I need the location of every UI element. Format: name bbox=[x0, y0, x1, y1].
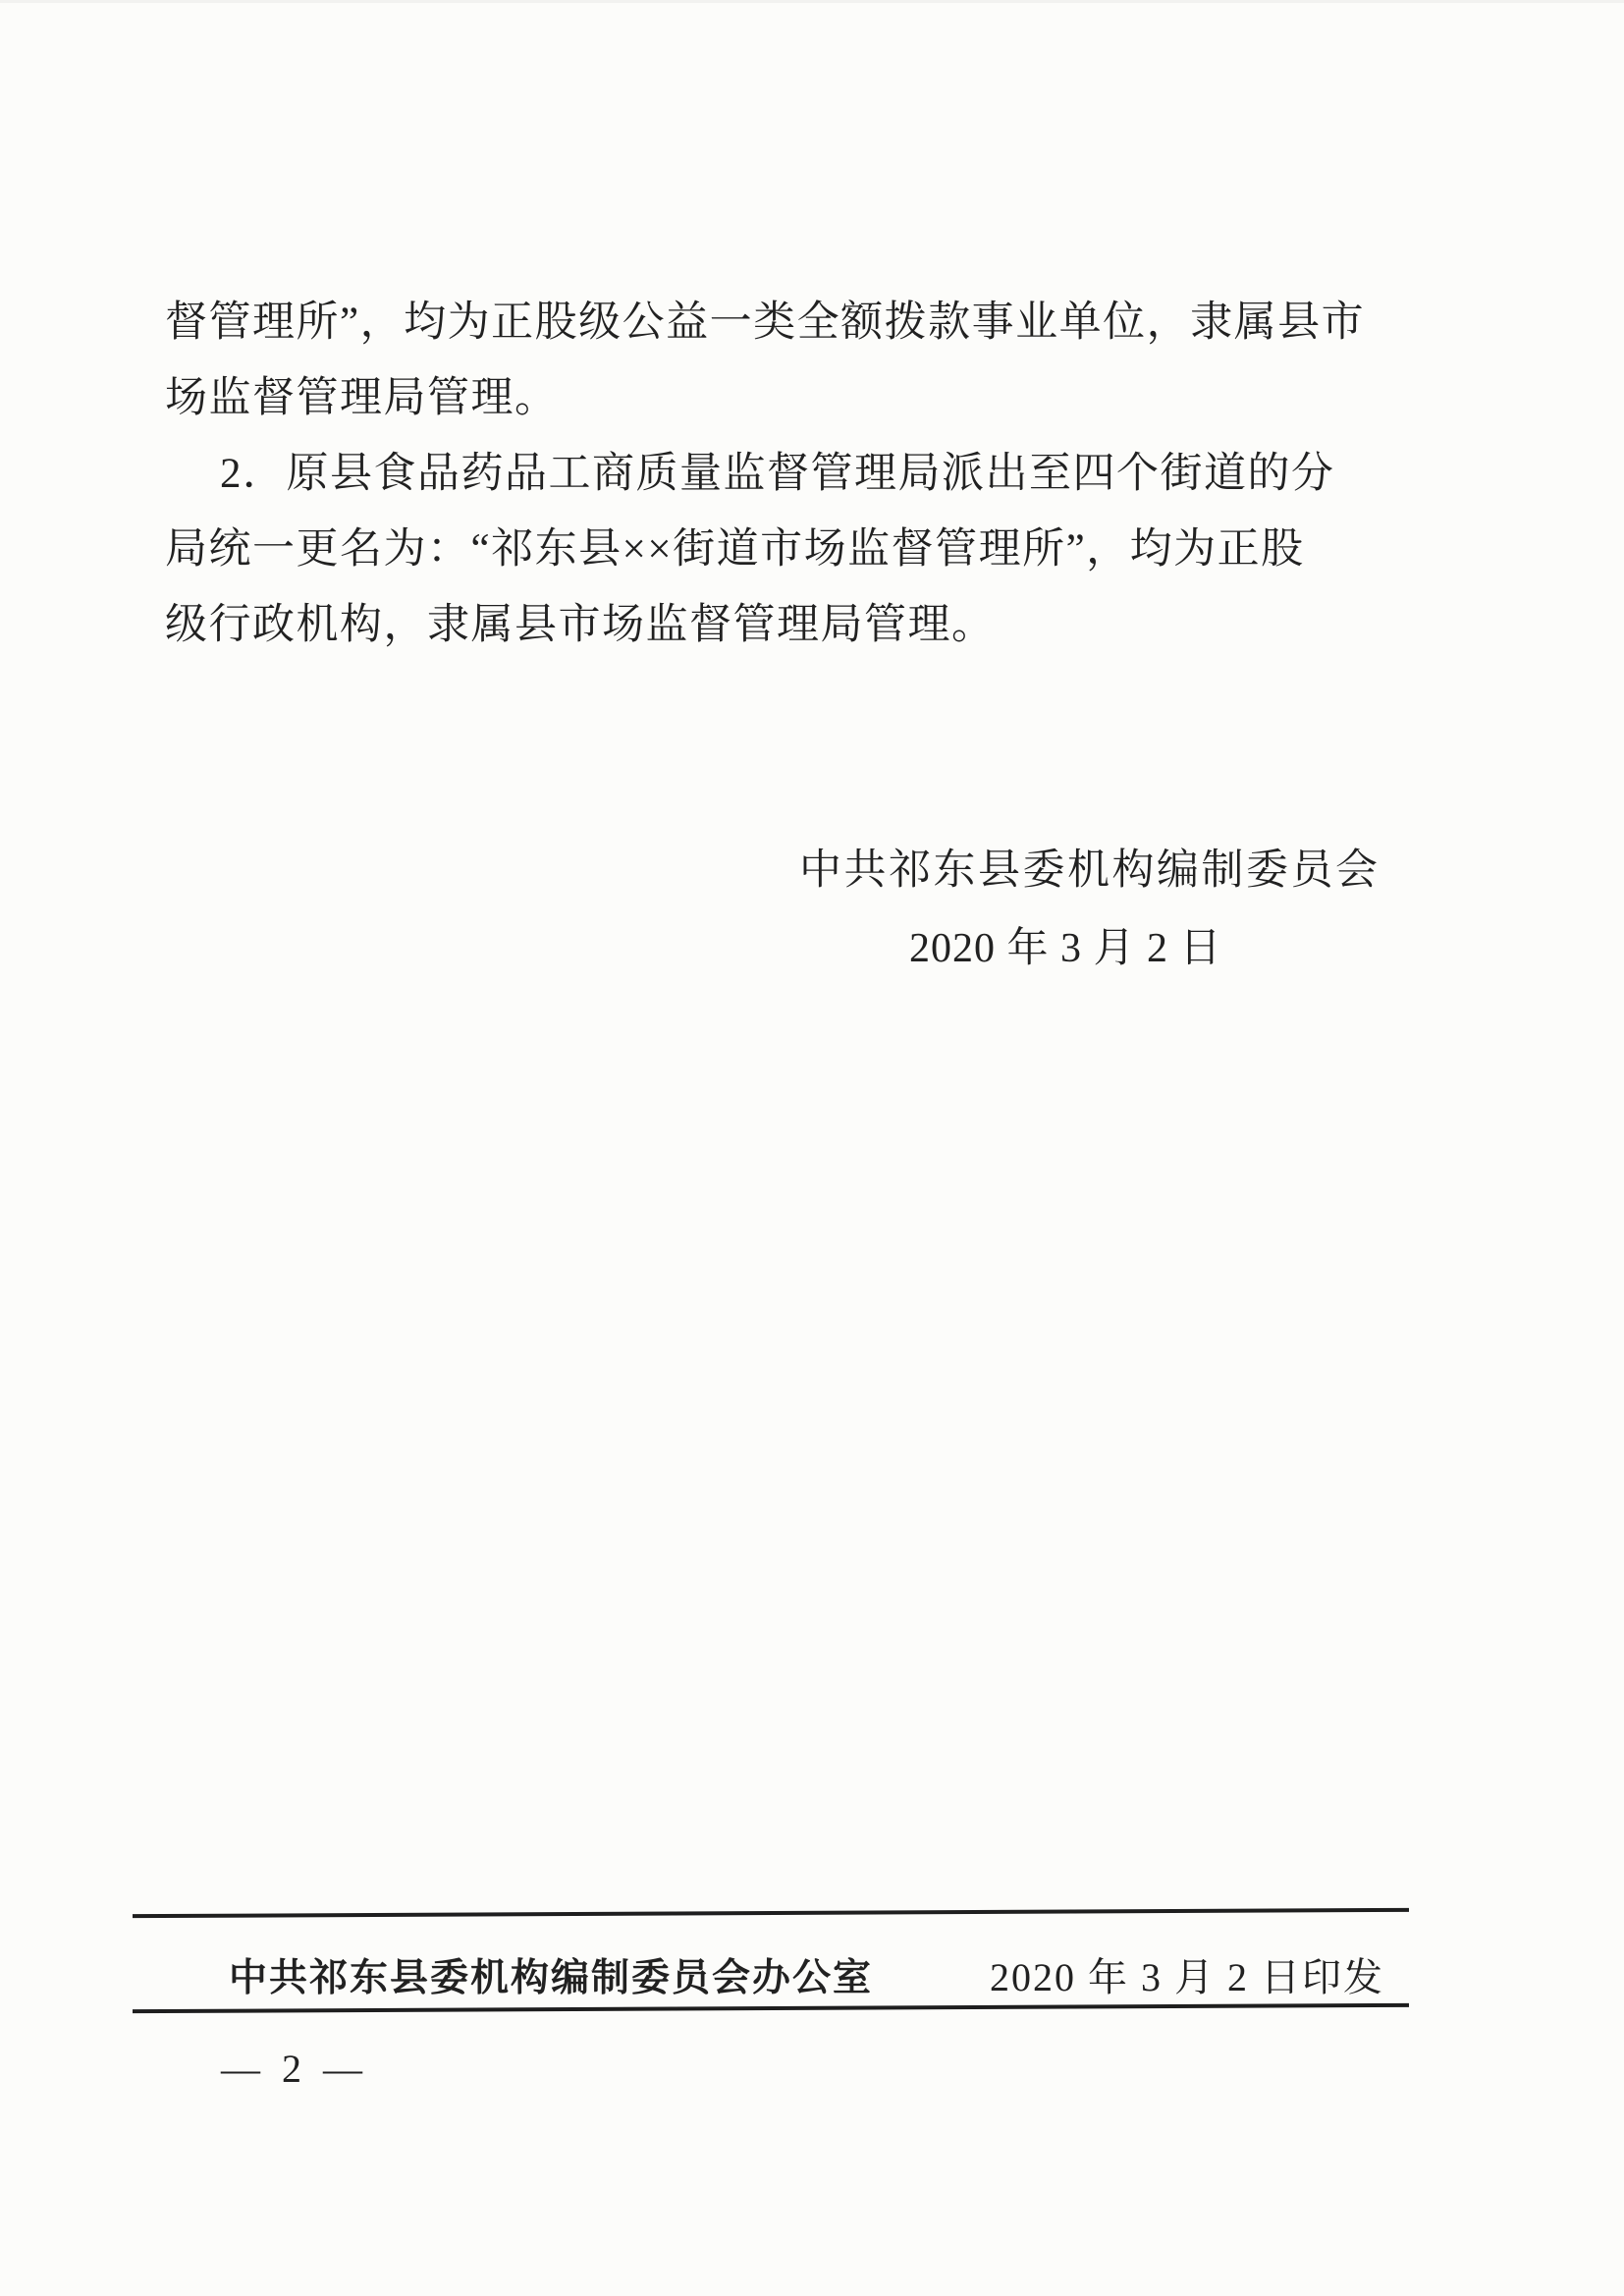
footer: 中共祁东县委机构编制委员会办公室 2020 年 3 月 2 日印发 bbox=[133, 1946, 1409, 2002]
signature-date: 2020 年 3 月 2 日 bbox=[799, 925, 1380, 972]
body-line: 场监督管理局管理。 bbox=[165, 360, 1392, 436]
body-line: 级行政机构，隶属县市场监督管理局管理。 bbox=[165, 587, 1392, 663]
body-line: 督管理所”，均为正股级公益一类全额拨款事业单位，隶属县市 bbox=[165, 285, 1392, 360]
document-body: 督管理所”，均为正股级公益一类全额拨款事业单位，隶属县市 场监督管理局管理。 2… bbox=[165, 285, 1392, 663]
signature-issuer: 中共祁东县委机构编制委员会 bbox=[799, 847, 1380, 896]
signature-block: 中共祁东县委机构编制委员会 2020 年 3 月 2 日 bbox=[799, 847, 1380, 972]
footer-office: 中共祁东县委机构编制委员会办公室 bbox=[229, 1947, 873, 2002]
body-line: 2．原县食品药品工商质量监督管理局派出至四个街道的分 bbox=[165, 436, 1392, 512]
footer-divider-top bbox=[133, 1908, 1409, 1918]
scan-edge-artifact bbox=[0, 0, 1624, 3]
footer-divider-bottom bbox=[133, 2003, 1409, 2013]
footer-print-date: 2020 年 3 月 2 日印发 bbox=[990, 1946, 1384, 2002]
document-page: 督管理所”，均为正股级公益一类全额拨款事业单位，隶属县市 场监督管理局管理。 2… bbox=[0, 0, 1624, 2296]
page-number: — 2 — bbox=[221, 2046, 368, 2092]
body-line: 局统一更名为：“祁东县××街道市场监督管理所”，均为正股 bbox=[165, 512, 1392, 587]
